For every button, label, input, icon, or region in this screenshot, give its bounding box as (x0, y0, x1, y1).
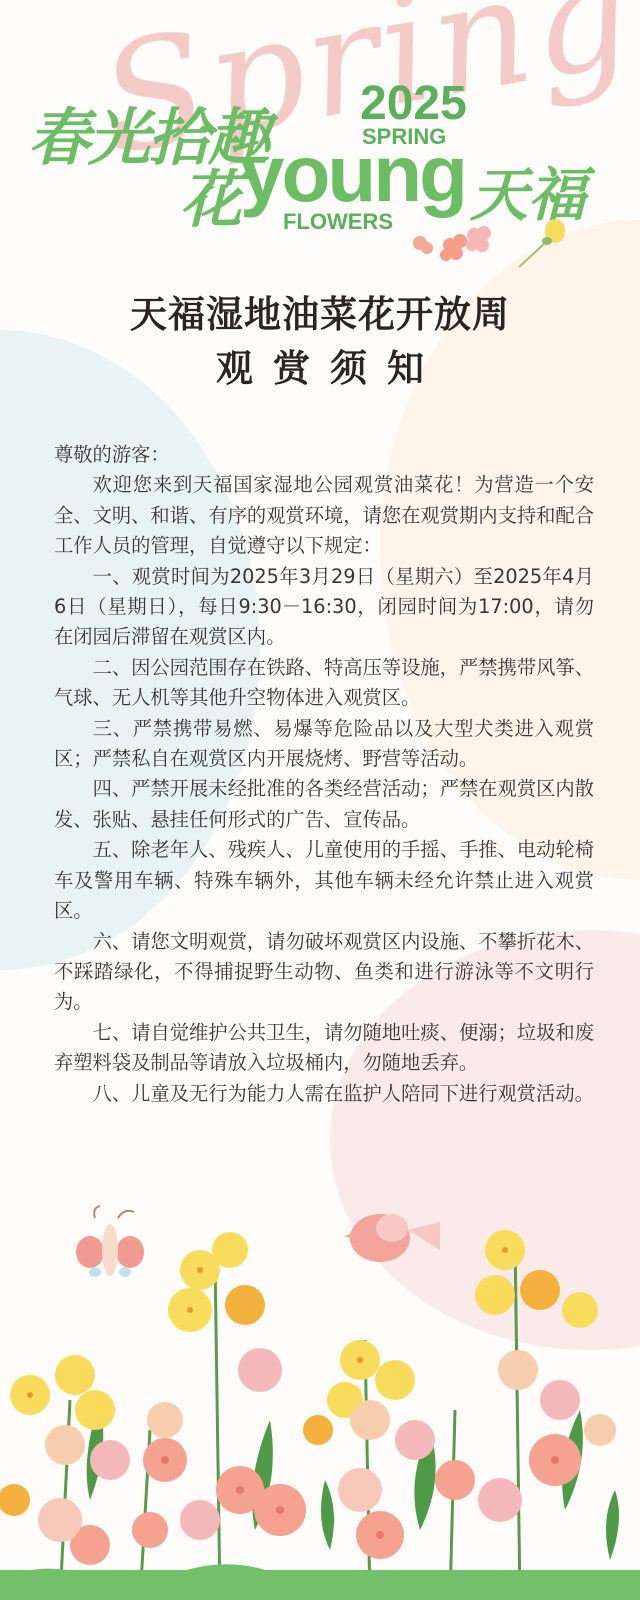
salutation: 尊敬的游客： (54, 440, 594, 470)
petals-icon (410, 215, 510, 265)
yellow-flower-icon (515, 215, 575, 270)
butterfly-icon (76, 1206, 144, 1277)
rule-item-8: 八、儿童及无行为能力人需在监护人陪同下进行观赏活动。 (54, 1079, 594, 1109)
rule-item-1: 一、观赏时间为2025年3月29日（星期六）至2025年4月6日（星期日），每日… (54, 562, 594, 653)
notice-body: 尊敬的游客： 欢迎您来到天福国家湿地公园观赏油菜花！为营造一个安全、文明、和谐、… (54, 440, 594, 1109)
event-logo: 春光拾趣 2025 SPRING 花 young 天福 FLOWERS (0, 0, 640, 270)
rule-item-5: 五、除老年人、残疾人、儿童使用的手摇、手推、电动轮椅车及警用车辆、特殊车辆外，其… (54, 835, 594, 926)
rule-item-7: 七、请自觉维护公共卫生，请勿随地吐痰、便溺；垃圾和废弃塑料袋及制品等请放入垃圾桶… (54, 1018, 594, 1079)
rule-item-3: 三、严禁携带易燃、易爆等危险品以及大型犬类进入观赏区；严禁私自在观赏区内开展烧烤… (54, 714, 594, 775)
rule-item-2: 二、因公园范围存在铁路、特高压等设施，严禁携带风筝、气球、无人机等其他升空物体进… (54, 653, 594, 714)
rule-item-6: 六、请您文明观赏，请勿破坏观赏区内设施、不攀折花木、不踩踏绿化，不得捕捉野生动物… (54, 927, 594, 1018)
title-line-1: 天福湿地油菜花开放周 (0, 290, 640, 340)
logo-young-word: young (240, 128, 465, 220)
notice-title: 天福湿地油菜花开放周 观赏须知 (0, 290, 640, 398)
logo-hua-char: 花 (180, 150, 242, 239)
logo-flowers-label: FLOWERS (283, 209, 393, 235)
bird-icon (344, 1214, 440, 1262)
logo-year: 2025 (360, 76, 467, 131)
title-line-2: 观赏须知 (0, 340, 640, 398)
ground-strip (0, 1570, 640, 1600)
intro-paragraph: 欢迎您来到天福国家湿地公园观赏油菜花！为营造一个安全、文明、和谐、有序的观赏环境… (54, 470, 594, 561)
flower-field-illustration (0, 1200, 640, 1600)
rule-item-4: 四、严禁开展未经批准的各类经营活动；严禁在观赏区内散发、张贴、悬挂任何形式的广告… (54, 774, 594, 835)
